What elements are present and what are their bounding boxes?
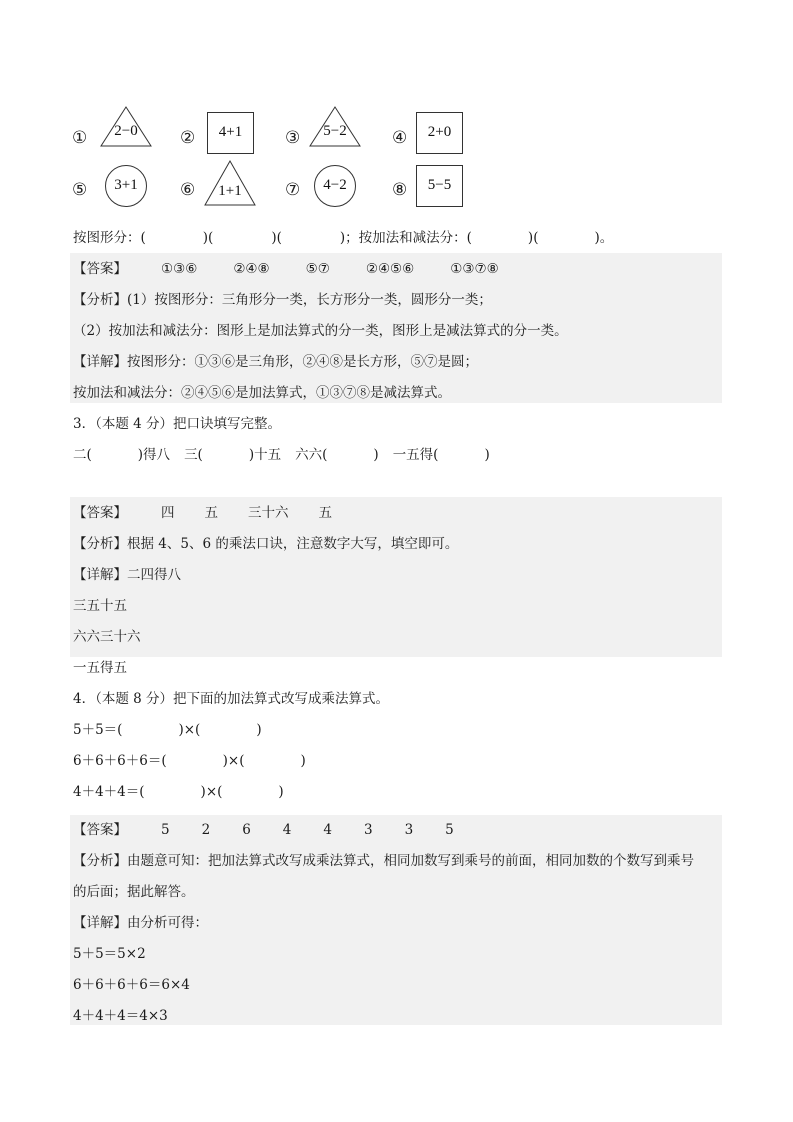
fill-text: ) [484, 447, 489, 463]
analysis-tag: 【分析】 [73, 536, 127, 552]
q4-detail-line-1: 5＋5＝5×2 [73, 944, 146, 964]
detail-tag: 【详解】 [73, 567, 127, 583]
q2-prompt-mid: )；按加法和减法分：( [340, 230, 472, 246]
blank-sep: )( [528, 230, 539, 246]
q2-analysis-line-2: （2）按加法和减法分：图形上是加法算式的分一类，图形上是减法算式的分一类。 [73, 321, 568, 341]
answer-value: 4 [323, 822, 332, 838]
q4-detail-line-2: 6＋6＋6＋6＝6×4 [73, 975, 190, 995]
shape-expr-5: 3+1 [105, 177, 147, 194]
q4-title: 4．（本题 8 分）把下面的加法算式改写成乘法算式。 [73, 689, 389, 709]
row-mid: )×( [178, 722, 200, 738]
q2-analysis-line-1: 【分析】(1）按图形分：三角形分一类，长方形分一类，圆形分一类； [73, 290, 492, 310]
shape-label-5: ⑤ [72, 180, 87, 200]
q4-row-2: 6＋6＋6＋6＝()×() [73, 751, 306, 771]
answer-value: ②④⑤⑥ [366, 261, 414, 277]
row-left: 5＋5＝( [73, 722, 122, 738]
row-end: ) [300, 753, 305, 769]
shape-label-7: ⑦ [285, 180, 300, 200]
triangle-shape-1: 2−0 [101, 107, 151, 147]
shape-expr-4: 2+0 [416, 124, 463, 141]
square-shape-4: 2+0 [416, 112, 463, 154]
answer-value: 2 [202, 822, 211, 838]
shape-expr-6: 1+1 [205, 183, 255, 200]
circle-shape-7: 4−2 [314, 165, 356, 207]
q3-detail-line-3: 六六三十六 [73, 627, 141, 647]
row-end: ) [256, 722, 261, 738]
detail-text: 按图形分：①③⑥是三角形，②④⑧是长方形，⑤⑦是圆； [127, 354, 478, 370]
q4-row-1: 5＋5＝()×() [73, 720, 262, 740]
blank-sep: )( [203, 230, 214, 246]
row-end: ) [278, 784, 283, 800]
detail-text: 由分析可得： [127, 915, 208, 931]
fill-text: ) [373, 447, 378, 463]
fill-text: )十五 [249, 447, 281, 463]
answer-value: 五 [205, 505, 219, 521]
answer-value: 4 [283, 822, 292, 838]
q3-analysis-line: 【分析】根据 4、5、6 的乘法口诀，注意数字大写，填空即可。 [73, 534, 458, 554]
row-left: 4＋4＋4＝( [73, 784, 145, 800]
q2-detail-line-1: 【详解】按图形分：①③⑥是三角形，②④⑧是长方形，⑤⑦是圆； [73, 352, 478, 372]
analysis-text: 根据 4、5、6 的乘法口诀，注意数字大写，填空即可。 [127, 536, 458, 552]
triangle-shape-6: 1+1 [205, 161, 255, 206]
shape-expr-2: 4+1 [207, 124, 254, 141]
q3-detail-line-1: 【详解】二四得八 [73, 565, 181, 585]
shape-label-2: ② [180, 128, 195, 148]
answer-value: ①③⑦⑧ [450, 261, 498, 277]
q2-detail-line-2: 按加法和减法分：②④⑤⑥是加法算式，①③⑦⑧是减法算式。 [73, 383, 451, 403]
detail-tag: 【详解】 [73, 354, 127, 370]
q2-prompt-start: 按图形分：( [73, 230, 146, 246]
shape-label-1: ① [72, 128, 87, 148]
blank-sep: )( [271, 230, 282, 246]
q3-fill-line: 二()得八三()十五六六()一五得() [73, 445, 490, 465]
shape-expr-3: 5−2 [310, 123, 360, 140]
detail-text: 二四得八 [127, 567, 181, 583]
analysis-tag: 【分析】 [73, 292, 127, 308]
answer-value: 五 [319, 505, 333, 521]
answer-value: 5 [445, 822, 454, 838]
q4-detail-intro: 【详解】由分析可得： [73, 913, 208, 933]
q4-analysis-line-1: 【分析】由题意可知：把加法算式改写成乘法算式，相同加数写到乘号的前面，相同加数的… [73, 851, 694, 871]
answer-tag: 【答案】 [73, 822, 127, 838]
answer-tag: 【答案】 [73, 261, 127, 277]
analysis-text: (1）按图形分：三角形分一类，长方形分一类，圆形分一类； [127, 292, 492, 308]
answer-value: 三十六 [248, 505, 289, 521]
fill-text: 一五得( [393, 447, 439, 463]
answer-value: 6 [242, 822, 251, 838]
answer-value: 3 [405, 822, 414, 838]
answer-value: ①③⑥ [161, 261, 197, 277]
triangle-shape-3: 5−2 [310, 107, 360, 147]
row-left: 6＋6＋6＋6＝( [73, 753, 167, 769]
square-shape-8: 5−5 [416, 165, 463, 207]
shape-expr-8: 5−5 [416, 177, 463, 194]
q3-detail-line-2: 三五十五 [73, 596, 127, 616]
row-mid: )×( [223, 753, 245, 769]
row-mid: )×( [201, 784, 223, 800]
square-shape-2: 4+1 [207, 112, 254, 154]
answer-value: 5 [161, 822, 170, 838]
answer-value: 3 [364, 822, 373, 838]
circle-shape-5: 3+1 [105, 165, 147, 207]
answer-tag: 【答案】 [73, 505, 127, 521]
q3-title: 3．（本题 4 分）把口诀填写完整。 [73, 414, 281, 434]
answer-value: ⑤⑦ [306, 261, 330, 277]
analysis-text: 由题意可知：把加法算式改写成乘法算式，相同加数写到乘号的前面，相同加数的个数写到… [127, 853, 694, 869]
q2-prompt-end: )。 [594, 230, 613, 246]
detail-tag: 【详解】 [73, 915, 127, 931]
answer-value: ②④⑧ [233, 261, 269, 277]
fill-text: 二( [73, 447, 92, 463]
q4-row-3: 4＋4＋4＝()×() [73, 782, 284, 802]
fill-text: 三( [184, 447, 203, 463]
q3-detail-line-4: 一五得五 [73, 658, 127, 678]
q3-answer-line: 【答案】四五三十六五 [73, 503, 332, 523]
shape-label-6: ⑥ [180, 180, 195, 200]
fill-text: 六六( [295, 447, 327, 463]
q4-analysis-line-2: 的后面；据此解答。 [73, 882, 195, 902]
fill-text: )得八 [138, 447, 170, 463]
shape-label-8: ⑧ [392, 180, 407, 200]
analysis-tag: 【分析】 [73, 853, 127, 869]
q2-answer-line: 【答案】①③⑥②④⑧⑤⑦②④⑤⑥①③⑦⑧ [73, 259, 499, 279]
shape-expr-1: 2−0 [101, 123, 151, 140]
q4-detail-line-3: 4＋4＋4＝4×3 [73, 1006, 168, 1026]
shape-label-4: ④ [392, 128, 407, 148]
shape-label-3: ③ [285, 128, 300, 148]
q4-answer-line: 【答案】52644335 [73, 820, 454, 840]
answer-value: 四 [161, 505, 175, 521]
shape-expr-7: 4−2 [314, 177, 356, 194]
q2-prompt: 按图形分：()()()；按加法和减法分：()()。 [73, 228, 613, 248]
